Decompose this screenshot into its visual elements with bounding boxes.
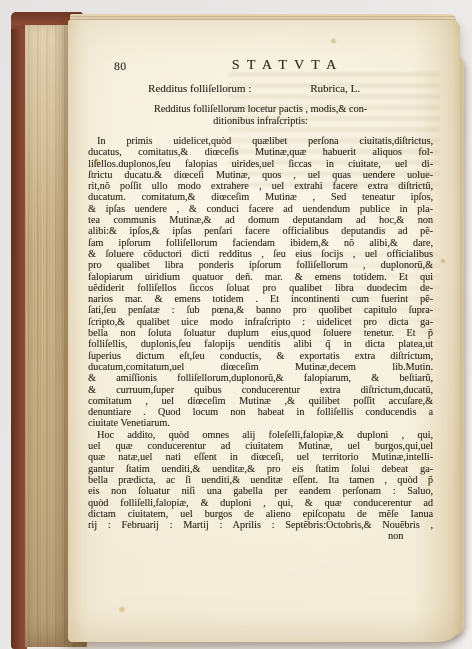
text-line: gantur ſtatim uenditi,& uenditæ,& pro ei… [88, 464, 433, 475]
text-line: quæ natæ,uel nati eſſent in diœceſi, uel… [88, 452, 433, 463]
text-line: ducatus, comitatus,& diœceſis Mutinæ,quæ… [88, 147, 433, 158]
text-line: Hoc addito, quòd omnes alij foleſelli,fa… [88, 430, 433, 441]
text-line: alibi:& ipſos,& ipſas penſari facere off… [88, 226, 433, 237]
text-line: & amiſſionis folliſellorum,duplonorũ,& f… [88, 373, 433, 384]
text-line: pro qualibet libra ponderis ipſorum foll… [88, 260, 433, 271]
text-line: ducatum. comitatum,& diœceſim Mutinæ , S… [88, 192, 433, 203]
text-line: liſellos.duplonos,ſeu falopias uirides,u… [88, 159, 433, 170]
text-line: ſuperius dictum eſt,ſeu conductis, & exp… [88, 351, 433, 362]
text-line: ciuitate Venetiarum. [88, 418, 433, 429]
text-line: rij : Februarij : Martij : Aprilis : Sep… [88, 520, 433, 531]
text-line: In primis uidelicet,quòd quælibet perſon… [88, 136, 433, 147]
paragraph: Hoc addito, quòd omnes alij foleſelli,fa… [88, 430, 433, 532]
rubric-title: Redditus folliſellorum : [148, 83, 251, 95]
body-text: In primis uidelicet,quòd quælibet perſon… [88, 136, 433, 531]
rubric-line: Redditus folliſellorum : Rubrica, L. [148, 83, 360, 95]
text-line: narios mar. & emens totidem . Et inconti… [88, 294, 433, 305]
text-line: rit,nõ poſſit ullo modo extrahere , uel … [88, 181, 433, 192]
text-line: eis non ſoluatur niſi una gabella per ea… [88, 486, 433, 497]
photo-backdrop: 80 S T A T V T A Redditus folliſellorum … [0, 0, 472, 649]
text-line: tea communis Mutinæ,& ad domum deputanda… [88, 215, 433, 226]
text-line: ſtrictu ducatu.& diœceſi Mutinæ, quos , … [88, 170, 433, 181]
text-line: denuntiare . Quod locum non habeat in fo… [88, 407, 433, 418]
text-line: bella non ſoluta ſoluatur duplum eius,qu… [88, 328, 433, 339]
text-line: dictam ciuitatem, uel burgos de alieno e… [88, 509, 433, 520]
text-line: ſati,ſeu penſatæ : ſub pœna,& banno pro … [88, 305, 433, 316]
text-line: ducatum,comitatum,uel diœceſim Mutinæ,de… [88, 362, 433, 373]
text-line: uel quæ conducerentur ad ciuitatem Mutin… [88, 441, 433, 452]
folio-number: 80 [114, 61, 127, 73]
foxing-spot [118, 606, 126, 613]
text-line: & curruum,ſuper quibus conducerentur ext… [88, 385, 433, 396]
text-line: folliſellis, duplonis,ſeu falopijs uendi… [88, 339, 433, 350]
foxing-spot [330, 38, 337, 44]
argument-line: ditionibus infraſcriptis: [88, 116, 433, 128]
text-line: uẽdiderit folliſellos ſiccos ſoluat pro … [88, 283, 433, 294]
paragraph: In primis uidelicet,quòd quælibet perſon… [88, 136, 433, 430]
text-line: comitatum , uel diœceſim Mutinæ ,& quili… [88, 396, 433, 407]
text-line: ſcripto,& qualibet uice modo infraſcript… [88, 317, 433, 328]
text-line: bella prædicta, ac ſi uenditi,& uenditæ … [88, 475, 433, 486]
running-title: S T A T V T A [200, 58, 370, 74]
text-line: quòd folliſelli,falopiæ, & duploni , qui… [88, 498, 433, 509]
argument-line: Redditus folliſellorum locetur pactis , … [88, 104, 433, 116]
chapter-argument: Redditus folliſellorum locetur pactis , … [88, 104, 433, 128]
rubric-label: Rubrica, L. [310, 83, 360, 95]
text-line: & ſoluere cõductori dicti redditus , ſeu… [88, 249, 433, 260]
text-line: & ipſas uendere , & conduci facere ad ue… [88, 204, 433, 215]
text-line: ſam ipſorum folliſellorum faciendam ibid… [88, 238, 433, 249]
foxing-spot [440, 258, 446, 264]
catchword: non [388, 531, 403, 542]
text-line: falopiarum uiridium quatuor deñ. mar. & … [88, 272, 433, 283]
